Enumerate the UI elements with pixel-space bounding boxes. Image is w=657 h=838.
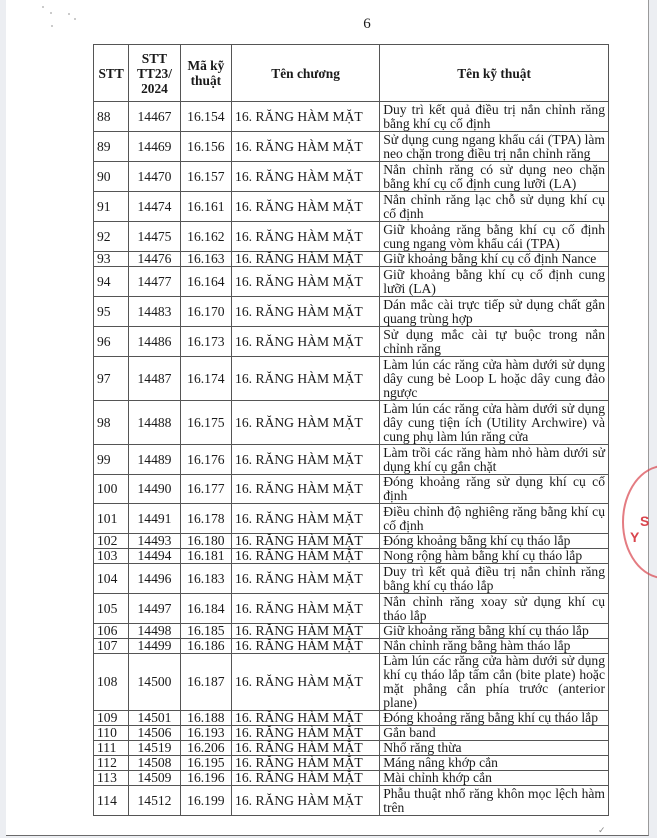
cell-stt: 106 — [94, 624, 129, 639]
cell-stt: 113 — [94, 771, 129, 786]
cell-technique-code: 16.196 — [180, 771, 231, 786]
cell-stt-tt23: 14470 — [129, 162, 180, 192]
cell-stt: 90 — [94, 162, 129, 192]
table-row: 921447516.16216. RĂNG HÀM MẶTGiữ khoảng … — [94, 222, 609, 252]
cell-stt: 102 — [94, 534, 129, 549]
header-technique-name: Tên kỹ thuật — [380, 45, 609, 102]
techniques-table: STT STT TT23/ 2024 Mã kỹ thuật Tên chươn… — [93, 44, 609, 816]
cell-chapter-name: 16. RĂNG HÀM MẶT — [232, 564, 380, 594]
cell-stt-tt23: 14467 — [129, 102, 180, 132]
cell-technique-code: 16.188 — [180, 711, 231, 726]
cell-technique-name: Nắn chỉnh răng xoay sử dụng khí cụ tháo … — [380, 594, 609, 624]
cell-stt: 89 — [94, 132, 129, 162]
cell-technique-name: Máng nâng khớp cắn — [380, 756, 609, 771]
cell-technique-code: 16.180 — [180, 534, 231, 549]
cell-stt: 107 — [94, 639, 129, 654]
cell-technique-code: 16.187 — [180, 654, 231, 711]
cell-stt-tt23: 14490 — [129, 475, 180, 504]
stamp-letter: Y — [630, 529, 639, 545]
cell-stt-tt23: 14477 — [129, 267, 180, 297]
cell-stt: 94 — [94, 267, 129, 297]
handwritten-initials: ✓ — [598, 826, 606, 836]
cell-technique-code: 16.199 — [180, 786, 231, 816]
cell-stt-tt23: 14508 — [129, 756, 180, 771]
cell-stt-tt23: 14499 — [129, 639, 180, 654]
cell-stt: 105 — [94, 594, 129, 624]
cell-chapter-name: 16. RĂNG HÀM MẶT — [232, 252, 380, 267]
cell-technique-code: 16.163 — [180, 252, 231, 267]
cell-technique-code: 16.157 — [180, 162, 231, 192]
cell-stt-tt23: 14486 — [129, 327, 180, 357]
cell-technique-name: Nắn chỉnh răng lạc chỗ sử dụng khí cụ cố… — [380, 192, 609, 222]
cell-stt: 96 — [94, 327, 129, 357]
cell-stt: 109 — [94, 711, 129, 726]
table-row: 1031449416.18116. RĂNG HÀM MẶTNong rộng … — [94, 549, 609, 564]
cell-chapter-name: 16. RĂNG HÀM MẶT — [232, 549, 380, 564]
cell-chapter-name: 16. RĂNG HÀM MẶT — [232, 594, 380, 624]
table-row: 901447016.15716. RĂNG HÀM MẶTNắn chỉnh r… — [94, 162, 609, 192]
cell-technique-name: Nắn chỉnh răng có sử dụng neo chặn bằng … — [380, 162, 609, 192]
cell-stt: 112 — [94, 756, 129, 771]
cell-technique-name: Đóng khoảng răng bằng khí cụ tháo lắp — [380, 711, 609, 726]
cell-technique-name: Sử dụng mắc cài tự buộc trong nắn chỉnh … — [380, 327, 609, 357]
document-page: 6 STT STT TT23/ 2024 Mã kỹ thuật Tên chư… — [6, 0, 649, 836]
cell-technique-code: 16.170 — [180, 297, 231, 327]
cell-stt: 92 — [94, 222, 129, 252]
cell-technique-code: 16.206 — [180, 741, 231, 756]
cell-stt: 97 — [94, 357, 129, 401]
table-row: 1041449616.18316. RĂNG HÀM MẶTDuy trì kế… — [94, 564, 609, 594]
table-row: 1131450916.19616. RĂNG HÀM MẶTMài chỉnh … — [94, 771, 609, 786]
cell-stt: 108 — [94, 654, 129, 711]
cell-stt-tt23: 14498 — [129, 624, 180, 639]
header-stt: STT — [94, 45, 129, 102]
table-row: 1081450016.18716. RĂNG HÀM MẶTLàm lún cá… — [94, 654, 609, 711]
header-chapter-name: Tên chương — [232, 45, 380, 102]
cell-chapter-name: 16. RĂNG HÀM MẶT — [232, 401, 380, 445]
cell-chapter-name: 16. RĂNG HÀM MẶT — [232, 534, 380, 549]
table-row: 1011449116.17816. RĂNG HÀM MẶTĐiều chỉnh… — [94, 504, 609, 534]
cell-technique-name: Sử dụng cung ngang khẩu cái (TPA) làm ne… — [380, 132, 609, 162]
cell-technique-name: Đóng khoảng răng sử dụng khí cụ cố định — [380, 475, 609, 504]
table-row: 1061449816.18516. RĂNG HÀM MẶTGiữ khoảng… — [94, 624, 609, 639]
cell-chapter-name: 16. RĂNG HÀM MẶT — [232, 475, 380, 504]
table-row: 1111451916.20616. RĂNG HÀM MẶTNhổ răng t… — [94, 741, 609, 756]
cell-technique-name: Nhổ răng thừa — [380, 741, 609, 756]
cell-technique-name: Dán mắc cài trực tiếp sử dụng chất gắn q… — [380, 297, 609, 327]
cell-technique-code: 16.181 — [180, 549, 231, 564]
cell-technique-name: Giữ khoảng bằng khí cụ cố định Nance — [380, 252, 609, 267]
cell-technique-name: Nắn chỉnh răng bằng hàm tháo lắp — [380, 639, 609, 654]
cell-technique-name: Giữ khoảng răng bằng khí cụ tháo lắp — [380, 624, 609, 639]
table-row: 1141451216.19916. RĂNG HÀM MẶTPhẫu thuật… — [94, 786, 609, 816]
cell-stt-tt23: 14493 — [129, 534, 180, 549]
cell-technique-code: 16.185 — [180, 624, 231, 639]
table-header-row: STT STT TT23/ 2024 Mã kỹ thuật Tên chươn… — [94, 45, 609, 102]
cell-technique-code: 16.156 — [180, 132, 231, 162]
cell-stt-tt23: 14500 — [129, 654, 180, 711]
cell-chapter-name: 16. RĂNG HÀM MẶT — [232, 726, 380, 741]
cell-chapter-name: 16. RĂNG HÀM MẶT — [232, 756, 380, 771]
cell-stt: 100 — [94, 475, 129, 504]
cell-technique-name: Giữ khoảng bằng khí cụ cố định cung lưỡi… — [380, 267, 609, 297]
header-technique-code: Mã kỹ thuật — [180, 45, 231, 102]
cell-technique-name: Làm lún các răng cửa hàm dưới sử dụng dâ… — [380, 401, 609, 445]
cell-stt: 93 — [94, 252, 129, 267]
cell-stt-tt23: 14476 — [129, 252, 180, 267]
table-body: 881446716.15416. RĂNG HÀM MẶTDuy trì kết… — [94, 102, 609, 816]
cell-technique-code: 16.154 — [180, 102, 231, 132]
table-row: 961448616.17316. RĂNG HÀM MẶTSử dụng mắc… — [94, 327, 609, 357]
cell-stt-tt23: 14501 — [129, 711, 180, 726]
cell-technique-name: Mài chỉnh khớp cắn — [380, 771, 609, 786]
scan-speckle — [42, 6, 44, 8]
table-row: 951448316.17016. RĂNG HÀM MẶTDán mắc cài… — [94, 297, 609, 327]
cell-technique-name: Duy trì kết quả điều trị nắn chỉnh răng … — [380, 564, 609, 594]
cell-chapter-name: 16. RĂNG HÀM MẶT — [232, 267, 380, 297]
cell-technique-code: 16.164 — [180, 267, 231, 297]
table-row: 971448716.17416. RĂNG HÀM MẶTLàm lún các… — [94, 357, 609, 401]
cell-stt-tt23: 14483 — [129, 297, 180, 327]
cell-stt: 111 — [94, 741, 129, 756]
cell-stt-tt23: 14475 — [129, 222, 180, 252]
cell-stt: 91 — [94, 192, 129, 222]
cell-chapter-name: 16. RĂNG HÀM MẶT — [232, 711, 380, 726]
cell-stt-tt23: 14497 — [129, 594, 180, 624]
cell-technique-code: 16.186 — [180, 639, 231, 654]
cell-technique-code: 16.174 — [180, 357, 231, 401]
cell-chapter-name: 16. RĂNG HÀM MẶT — [232, 771, 380, 786]
table-row: 1101450616.19316. RĂNG HÀM MẶTGắn band — [94, 726, 609, 741]
cell-chapter-name: 16. RĂNG HÀM MẶT — [232, 102, 380, 132]
table-row: 1021449316.18016. RĂNG HÀM MẶTĐóng khoản… — [94, 534, 609, 549]
cell-chapter-name: 16. RĂNG HÀM MẶT — [232, 624, 380, 639]
cell-chapter-name: 16. RĂNG HÀM MẶT — [232, 132, 380, 162]
table-row: 891446916.15616. RĂNG HÀM MẶTSử dụng cun… — [94, 132, 609, 162]
cell-technique-code: 16.162 — [180, 222, 231, 252]
cell-technique-code: 16.161 — [180, 192, 231, 222]
cell-stt-tt23: 14487 — [129, 357, 180, 401]
cell-stt-tt23: 14496 — [129, 564, 180, 594]
table-row: 991448916.17616. RĂNG HÀM MẶTLàm trồi cá… — [94, 445, 609, 475]
cell-technique-name: Duy trì kết quả điều trị nắn chỉnh răng … — [380, 102, 609, 132]
cell-technique-name: Điều chỉnh độ nghiêng răng bằng khí cụ c… — [380, 504, 609, 534]
table-row: 1001449016.17716. RĂNG HÀM MẶTĐóng khoản… — [94, 475, 609, 504]
cell-stt: 101 — [94, 504, 129, 534]
table-row: 1051449716.18416. RĂNG HÀM MẶTNắn chỉnh … — [94, 594, 609, 624]
table-row: 1091450116.18816. RĂNG HÀM MẶTĐóng khoản… — [94, 711, 609, 726]
cell-stt: 110 — [94, 726, 129, 741]
cell-technique-name: Nong rộng hàm bằng khí cụ tháo lắp — [380, 549, 609, 564]
cell-technique-code: 16.173 — [180, 327, 231, 357]
table-row: 941447716.16416. RĂNG HÀM MẶTGiữ khoảng … — [94, 267, 609, 297]
cell-technique-name: Đóng khoảng bằng khí cụ tháo lắp — [380, 534, 609, 549]
cell-chapter-name: 16. RĂNG HÀM MẶT — [232, 445, 380, 475]
stamp-letter: S — [640, 513, 649, 529]
scan-speckle — [68, 13, 70, 15]
cell-chapter-name: 16. RĂNG HÀM MẶT — [232, 741, 380, 756]
cell-chapter-name: 16. RĂNG HÀM MẶT — [232, 162, 380, 192]
cell-chapter-name: 16. RĂNG HÀM MẶT — [232, 192, 380, 222]
cell-technique-name: Làm lún các răng cửa hàm dưới sử dụng dâ… — [380, 357, 609, 401]
cell-stt-tt23: 14512 — [129, 786, 180, 816]
cell-stt: 99 — [94, 445, 129, 475]
table-row: 1121450816.19516. RĂNG HÀM MẶTMáng nâng … — [94, 756, 609, 771]
table-row: 881446716.15416. RĂNG HÀM MẶTDuy trì kết… — [94, 102, 609, 132]
cell-chapter-name: 16. RĂNG HÀM MẶT — [232, 327, 380, 357]
cell-technique-name: Gắn band — [380, 726, 609, 741]
cell-technique-name: Làm trồi các răng hàm nhỏ hàm dưới sử dụ… — [380, 445, 609, 475]
cell-chapter-name: 16. RĂNG HÀM MẶT — [232, 357, 380, 401]
table-row: 911447416.16116. RĂNG HÀM MẶTNắn chỉnh r… — [94, 192, 609, 222]
cell-chapter-name: 16. RĂNG HÀM MẶT — [232, 504, 380, 534]
cell-technique-code: 16.184 — [180, 594, 231, 624]
cell-technique-name: Phẫu thuật nhổ răng khôn mọc lệch hàm tr… — [380, 786, 609, 816]
cell-stt-tt23: 14469 — [129, 132, 180, 162]
header-stt-tt23: STT TT23/ 2024 — [129, 45, 180, 102]
cell-stt: 114 — [94, 786, 129, 816]
table-row: 981448816.17516. RĂNG HÀM MẶTLàm lún các… — [94, 401, 609, 445]
cell-chapter-name: 16. RĂNG HÀM MẶT — [232, 297, 380, 327]
scan-speckle — [50, 12, 52, 14]
cell-technique-code: 16.178 — [180, 504, 231, 534]
table-row: 1071449916.18616. RĂNG HÀM MẶTNắn chỉnh … — [94, 639, 609, 654]
cell-chapter-name: 16. RĂNG HÀM MẶT — [232, 654, 380, 711]
cell-technique-name: Làm lún các răng cửa hàm dưới sử dụng kh… — [380, 654, 609, 711]
cell-stt-tt23: 14491 — [129, 504, 180, 534]
cell-stt-tt23: 14488 — [129, 401, 180, 445]
cell-technique-code: 16.177 — [180, 475, 231, 504]
cell-technique-code: 16.175 — [180, 401, 231, 445]
cell-stt-tt23: 14474 — [129, 192, 180, 222]
cell-chapter-name: 16. RĂNG HÀM MẶT — [232, 786, 380, 816]
cell-stt-tt23: 14519 — [129, 741, 180, 756]
official-red-stamp: S Y — [622, 465, 657, 585]
page-number: 6 — [6, 16, 648, 33]
cell-technique-code: 16.183 — [180, 564, 231, 594]
cell-technique-code: 16.195 — [180, 756, 231, 771]
cell-stt: 88 — [94, 102, 129, 132]
cell-stt-tt23: 14494 — [129, 549, 180, 564]
cell-technique-code: 16.193 — [180, 726, 231, 741]
cell-stt-tt23: 14506 — [129, 726, 180, 741]
cell-technique-code: 16.176 — [180, 445, 231, 475]
cell-stt: 103 — [94, 549, 129, 564]
cell-stt-tt23: 14489 — [129, 445, 180, 475]
table-row: 931447616.16316. RĂNG HÀM MẶTGiữ khoảng … — [94, 252, 609, 267]
cell-stt: 104 — [94, 564, 129, 594]
cell-stt: 98 — [94, 401, 129, 445]
cell-technique-name: Giữ khoảng răng bằng khí cụ cố định cung… — [380, 222, 609, 252]
cell-stt-tt23: 14509 — [129, 771, 180, 786]
cell-stt: 95 — [94, 297, 129, 327]
cell-chapter-name: 16. RĂNG HÀM MẶT — [232, 639, 380, 654]
cell-chapter-name: 16. RĂNG HÀM MẶT — [232, 222, 380, 252]
